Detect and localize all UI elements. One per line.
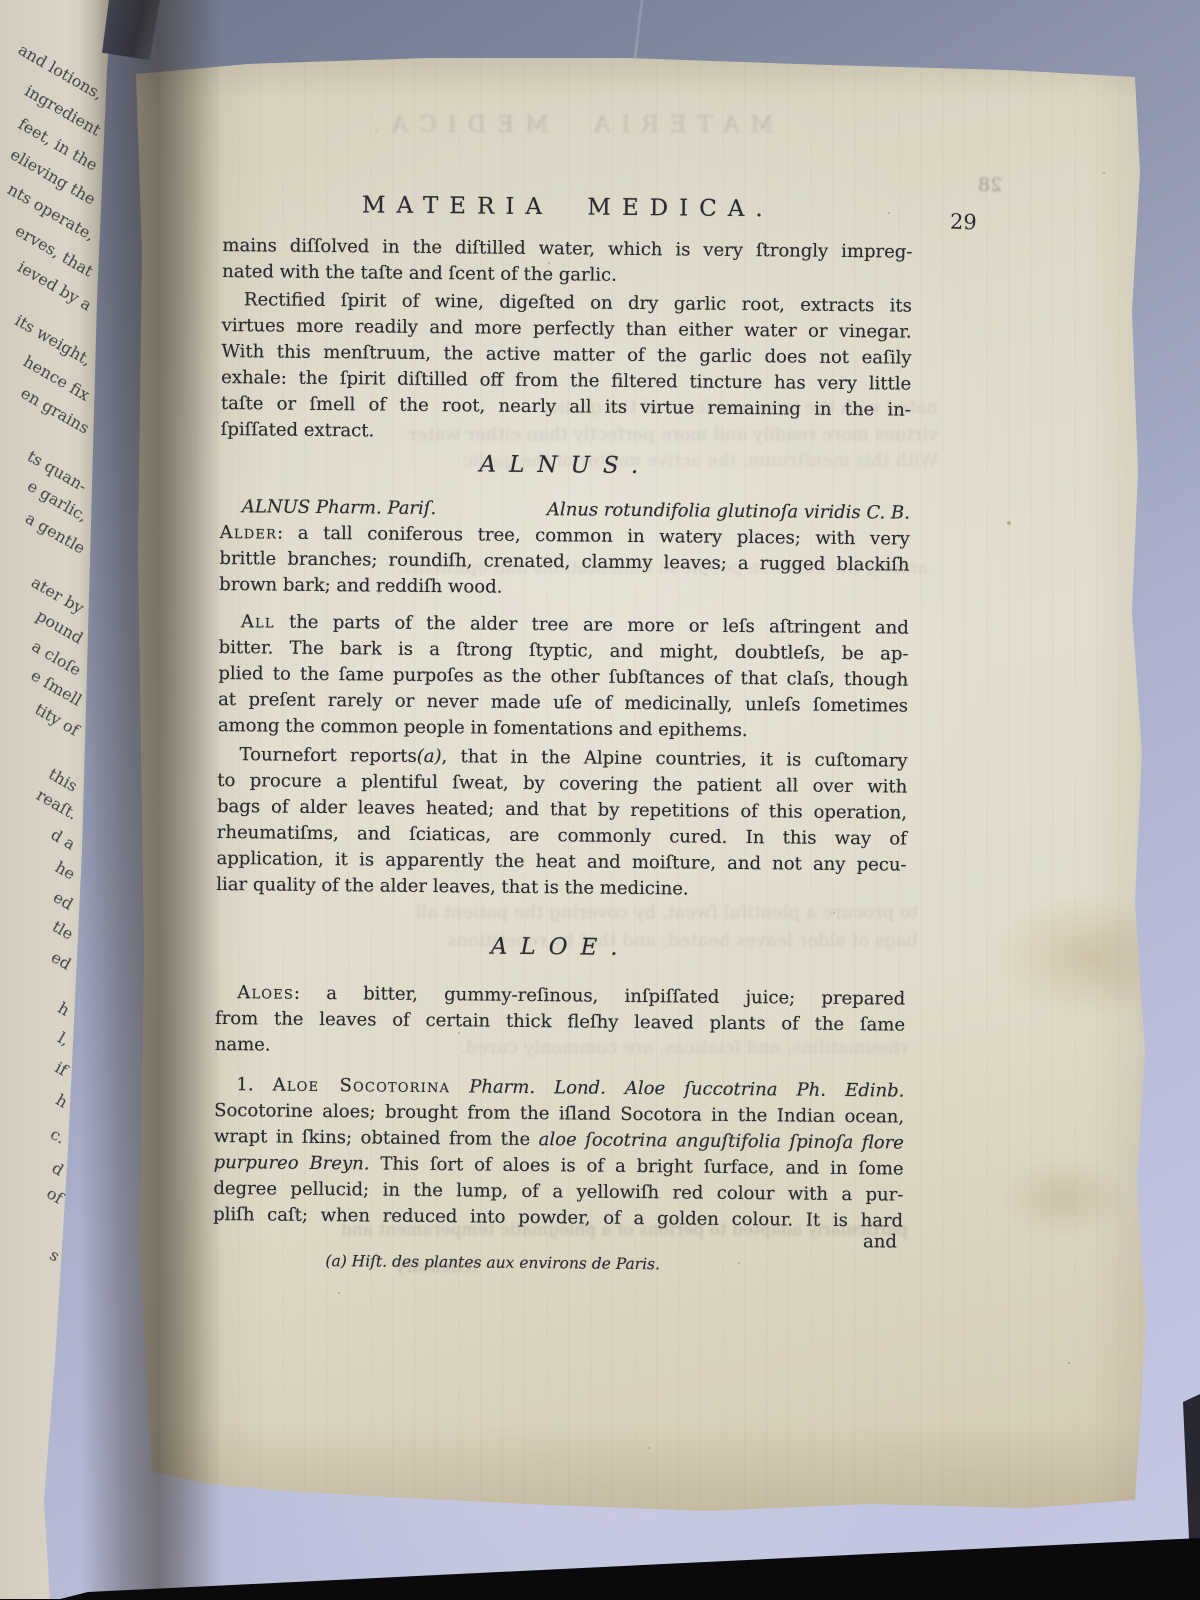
- text-segment: at preſent rarely or never made uſe of m…: [218, 689, 908, 717]
- text-segment: from the leaves of certain thick fleſhy …: [215, 1008, 905, 1036]
- text-segment: Alnus rotundifolia glutinoſa viridis C. …: [547, 499, 910, 523]
- page-number: 29: [950, 210, 978, 235]
- left-page-fragment: tle: [49, 917, 77, 944]
- photo-of-book-page: { "palette":{ "backdrop_top":"#6f7790","…: [0, 0, 1200, 1600]
- text-segment: Aloe Socotorina: [273, 1075, 451, 1098]
- text-segment: liar quality of the alder leaves, that i…: [216, 874, 689, 900]
- text-segment: brittle branches; roundiſh, crenated, cl…: [219, 548, 909, 576]
- text-segment: among the common people in fomentations …: [218, 715, 748, 741]
- printed-text-block: MATERIA MEDICA. mains diſſolved in the d…: [212, 191, 913, 1328]
- bleedthrough-text: MATERIA MEDICA.: [223, 112, 913, 138]
- text-segment: to procure a plentiful ſweat, by coverin…: [217, 770, 907, 798]
- left-page-fragment: if: [52, 1058, 71, 1080]
- left-page-fragment: h: [52, 1090, 70, 1112]
- text-segment: degree pellucid; in the lump, of a yello…: [213, 1178, 903, 1206]
- spine-shadow: [102, 0, 160, 60]
- left-page-fragment: ed: [48, 947, 75, 973]
- left-page-fragment: he: [52, 857, 79, 883]
- text-segment: exhale: the ſpirit diſtilled off from th…: [221, 367, 911, 395]
- section-heading: ALOE.: [216, 931, 906, 964]
- paragraph: Rectified ſpirit of wine, digeſted on dr…: [221, 287, 912, 450]
- text-segment: mains diſſolved in the diſtilled water, …: [222, 235, 912, 263]
- paragraph: All the parts of the alder tree are more…: [218, 609, 909, 746]
- text-segment: Tournefort reports: [239, 744, 416, 767]
- text-segment: aloe ſocotrina anguſtifolia ſpinoſa flor…: [539, 1129, 904, 1154]
- ghost-page-number: 28: [978, 174, 1002, 196]
- left-page-fragment: d a: [48, 825, 79, 854]
- text-segment: virtues more readily and more perfectly …: [222, 315, 912, 343]
- text-segment: application, it is apparently the heat a…: [216, 848, 906, 876]
- text-segment: Aloes: [237, 982, 294, 1004]
- text-segment: name.: [215, 1034, 271, 1056]
- book-page: MATERIA MEDICA.nated with the taſte and …: [128, 52, 1148, 1517]
- left-page-fragment: h: [54, 998, 72, 1020]
- running-header: MATERIA MEDICA.: [223, 191, 913, 224]
- text-segment: All: [241, 611, 275, 632]
- left-page-fragment: of: [44, 1183, 67, 1207]
- text-segment: ALNUS Pharm. Pariſ.: [242, 496, 436, 519]
- text-segment: (a): [417, 746, 442, 767]
- left-page-fragment: ed: [50, 887, 77, 913]
- text-segment: Alder: [220, 522, 278, 544]
- paragraph: Aloes: a bitter, gummy-reſinous, inſpiſſ…: [215, 980, 906, 1065]
- catchword: and: [697, 1228, 897, 1256]
- left-page-fragment: c.: [47, 1124, 69, 1147]
- left-page-fragment: l,: [54, 1028, 72, 1050]
- text-segment: bitter. The bark is a ſtrong ſtyptic, an…: [219, 637, 909, 665]
- text-segment: : a tall coniferous tree, common in wate…: [277, 523, 910, 550]
- text-segment: Socotorine aloes; brought from the iſlan…: [214, 1100, 904, 1128]
- text-segment: brown bark; and reddiſh wood.: [219, 574, 502, 598]
- text-segment: [450, 1076, 469, 1097]
- paragraph: ALNUS Pharm. Pariſ.Alnus rotundifolia gl…: [219, 494, 910, 605]
- text-segment: With this menſtruum, the active matter o…: [221, 341, 911, 369]
- text-segment: bags of alder leaves heated; and that by…: [217, 796, 907, 824]
- text-segment: purpureo Breyn.: [214, 1152, 370, 1174]
- section-heading: ALNUS.: [220, 449, 910, 482]
- text-segment: Aloe ſuccotrina Ph. Edinb.: [625, 1078, 905, 1102]
- text-segment: plied to the ſame purpoſes as the other …: [218, 663, 908, 691]
- text-segment: nated with the taſte and ſcent of the ga…: [222, 261, 617, 286]
- paragraph: mains diſſolved in the diſtilled water, …: [222, 233, 912, 292]
- text-segment: , that in the Alpine countries, it is cu…: [441, 746, 907, 771]
- text-segment: Rectified ſpirit of wine, digeſted on dr…: [244, 289, 912, 316]
- text-segment: This ſort of aloes is of a bright ſurfac…: [369, 1153, 903, 1179]
- text-segment: the parts of the alder tree are more or …: [275, 612, 909, 639]
- facing-page-text-layer: and lotions,ingredientfeet, in theelievi…: [0, 0, 126, 1600]
- text-segment: Pharm. Lond.: [469, 1076, 606, 1098]
- footnote: (a) Hiſt. des plantes aux environs de Pa…: [213, 1249, 773, 1276]
- text-segment: [606, 1078, 625, 1099]
- left-page-fragment: d: [48, 1158, 66, 1180]
- paragraph: Tournefort reports(a), that in the Alpin…: [216, 742, 907, 905]
- paragraph: 1. Aloe Socotorina Pharm. Lond. Aloe ſuc…: [213, 1072, 904, 1235]
- text-segment: ſpiſſated extract.: [221, 419, 375, 441]
- text-segment: pliſh caſt; when reduced into powder, of…: [213, 1204, 903, 1232]
- text-segment: wrapt in ſkins; obtained from the: [214, 1126, 539, 1150]
- text-segment: taſte or ſmell of the root, nearly all i…: [221, 393, 911, 421]
- left-page-fragment: ater by: [27, 573, 86, 618]
- text-segment: 1.: [236, 1074, 272, 1095]
- left-page-fragment: s: [46, 1245, 63, 1266]
- text-segment: rheumatiſms, and ſciaticas, are commonly…: [217, 822, 907, 850]
- text-segment: : a bitter, gummy-reſinous, inſpiſſated …: [294, 983, 905, 1010]
